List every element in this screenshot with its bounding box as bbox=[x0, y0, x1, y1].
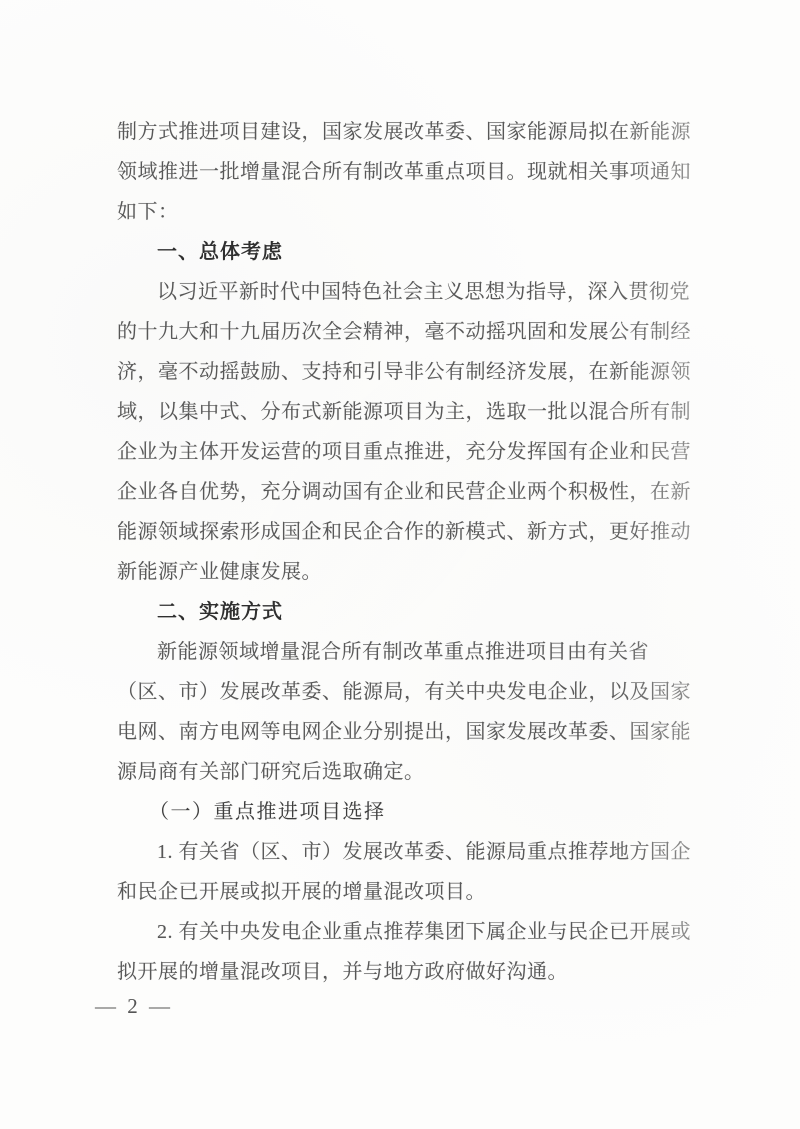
section1-body-line: 企业为主体开发运营的项目重点推进，充分发挥国有企业和民营 bbox=[117, 432, 717, 472]
document-page: 制方式推进项目建设，国家发展改革委、国家能源局拟在新能源 领域推进一批增量混合所… bbox=[0, 0, 800, 1129]
section2-body-line: （区、市）发展改革委、能源局，有关中央发电企业，以及国家 bbox=[117, 672, 717, 712]
item1-line: 和民企已开展或拟开展的增量混改项目。 bbox=[117, 872, 717, 912]
section2-heading: 二、实施方式 bbox=[117, 592, 717, 632]
intro-line: 制方式推进项目建设，国家发展改革委、国家能源局拟在新能源 bbox=[117, 112, 717, 152]
item2-line: 拟开展的增量混改项目，并与地方政府做好沟通。 bbox=[117, 952, 717, 992]
section1-body-line: 企业各自优势，充分调动国有企业和民营企业两个积极性，在新 bbox=[117, 472, 717, 512]
section1-heading: 一、总体考虑 bbox=[117, 232, 717, 272]
document-body: 制方式推进项目建设，国家发展改革委、国家能源局拟在新能源 领域推进一批增量混合所… bbox=[117, 112, 717, 992]
subsection1-heading: （一）重点推进项目选择 bbox=[117, 792, 717, 832]
section2-body-line: 源局商有关部门研究后选取确定。 bbox=[117, 752, 717, 792]
item1-line: 1. 有关省（区、市）发展改革委、能源局重点推荐地方国企 bbox=[117, 832, 717, 872]
section1-body-line: 济，毫不动摇鼓励、支持和引导非公有制经济发展，在新能源领 bbox=[117, 352, 717, 392]
section1-body-line: 域，以集中式、分布式新能源项目为主，选取一批以混合所有制 bbox=[117, 392, 717, 432]
section1-body-line: 能源领域探索形成国企和民企合作的新模式、新方式，更好推动 bbox=[117, 512, 717, 552]
intro-line: 如下： bbox=[117, 192, 717, 232]
intro-line: 领域推进一批增量混合所有制改革重点项目。现就相关事项通知 bbox=[117, 152, 717, 192]
section1-body-line: 新能源产业健康发展。 bbox=[117, 552, 717, 592]
section1-body-line: 的十九大和十九届历次全会精神，毫不动摇巩固和发展公有制经 bbox=[117, 312, 717, 352]
section1-body-line: 以习近平新时代中国特色社会主义思想为指导，深入贯彻党 bbox=[117, 272, 717, 312]
section2-body-line: 电网、南方电网等电网企业分别提出，国家发展改革委、国家能 bbox=[117, 712, 717, 752]
item2-line: 2. 有关中央发电企业重点推荐集团下属企业与民企已开展或 bbox=[117, 912, 717, 952]
page-number: — 2 — bbox=[95, 986, 173, 1026]
section2-body-line: 新能源领域增量混合所有制改革重点推进项目由有关省 bbox=[117, 632, 717, 672]
